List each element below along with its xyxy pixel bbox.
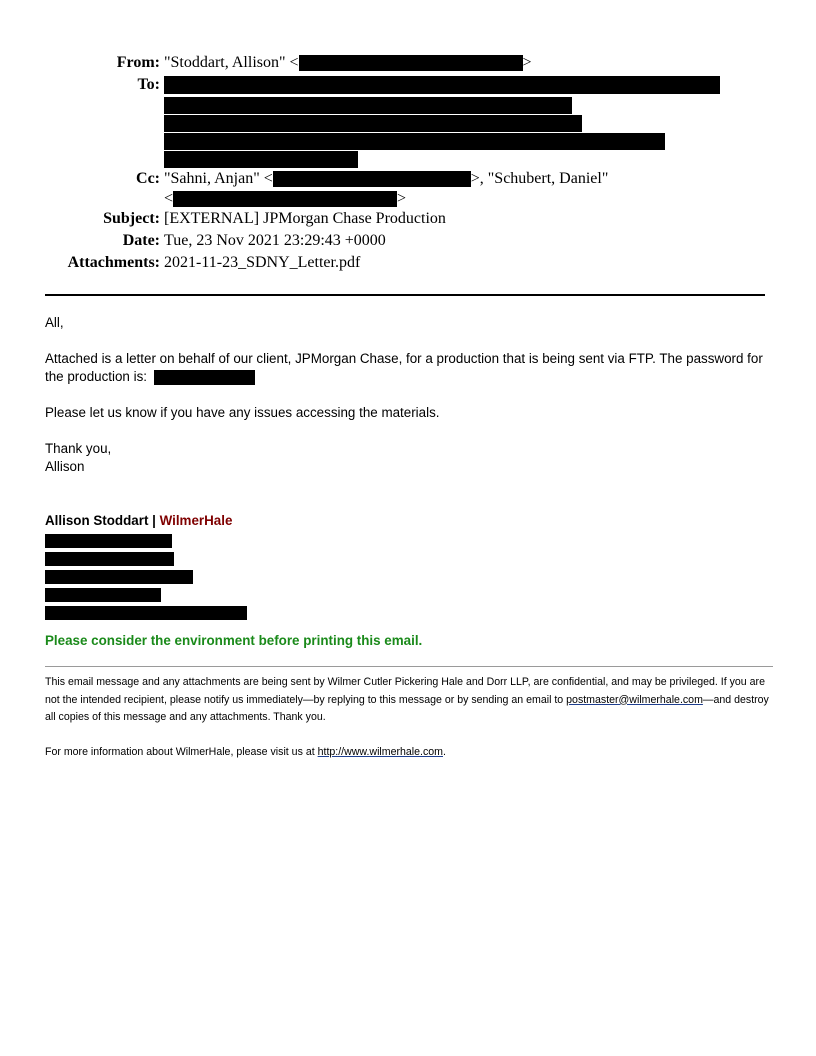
- from-row: From: "Stoddart, Allison" <>: [0, 52, 816, 74]
- redacted-signature-block: [45, 534, 775, 620]
- website-link[interactable]: http://www.wilmerhale.com: [318, 746, 443, 758]
- redacted-to-line: [164, 133, 665, 150]
- attachments-label: Attachments:: [68, 252, 160, 274]
- redacted-to-line: [164, 151, 358, 168]
- environment-note: Please consider the environment before p…: [45, 632, 775, 650]
- redacted-signature-line: [45, 606, 247, 620]
- attachments-row: Attachments: 2021-11-23_SDNY_Letter.pdf: [0, 252, 816, 274]
- closing-name: Allison: [45, 458, 775, 476]
- cc-label: Cc:: [136, 168, 160, 190]
- redacted-signature-line: [45, 570, 193, 584]
- more-info: For more information about WilmerHale, p…: [45, 744, 775, 762]
- footer-divider: [45, 666, 773, 667]
- paragraph-1-cont: the production is:: [45, 368, 775, 386]
- cc-row: Cc: "Sahni, Anjan" <>, "Schubert, Daniel…: [0, 168, 816, 190]
- date-label: Date:: [123, 230, 160, 252]
- date-value: Tue, 23 Nov 2021 23:29:43 +0000: [164, 230, 386, 252]
- email-footer: This email message and any attachments a…: [45, 674, 775, 761]
- redacted-cc-email: [273, 171, 471, 187]
- redacted-to-line: [164, 97, 572, 114]
- subject-value: [EXTERNAL] JPMorgan Chase Production: [164, 208, 446, 230]
- signature-line: Allison Stoddart | WilmerHale: [45, 512, 775, 530]
- paragraph-1: Attached is a letter on behalf of our cl…: [45, 350, 775, 368]
- confidentiality-disclaimer: This email message and any attachments a…: [45, 674, 775, 727]
- paragraph-2: Please let us know if you have any issue…: [45, 404, 775, 422]
- email-body: All, Attached is a letter on behalf of o…: [45, 314, 775, 650]
- redacted-password: [154, 370, 255, 385]
- subject-row: Subject: [EXTERNAL] JPMorgan Chase Produ…: [0, 208, 816, 230]
- postmaster-email-link[interactable]: postmaster@wilmerhale.com: [566, 694, 703, 706]
- from-name: "Stoddart, Allison": [164, 54, 286, 71]
- redacted-signature-line: [45, 534, 172, 548]
- redacted-to-line: [164, 115, 582, 132]
- to-row: To:: [0, 74, 816, 96]
- to-label: To:: [137, 74, 160, 96]
- redacted-signature-line: [45, 552, 174, 566]
- signature-name: Allison Stoddart: [45, 513, 148, 528]
- subject-label: Subject:: [103, 208, 160, 230]
- greeting: All,: [45, 314, 775, 332]
- from-value: "Stoddart, Allison" <>: [164, 52, 532, 74]
- redacted-signature-line: [45, 588, 161, 602]
- attachment-file[interactable]: 2021-11-23_SDNY_Letter.pdf: [164, 252, 360, 274]
- redacted-cc-email: [173, 191, 397, 207]
- firm-name: WilmerHale: [160, 513, 233, 528]
- header-divider: [45, 294, 765, 296]
- closing: Thank you,: [45, 440, 775, 458]
- redacted-to-line: [164, 76, 720, 94]
- from-label: From:: [117, 52, 160, 74]
- email-header: From: "Stoddart, Allison" <> To: Cc: "Sa…: [0, 52, 816, 274]
- date-row: Date: Tue, 23 Nov 2021 23:29:43 +0000: [0, 230, 816, 252]
- redacted-from-email: [299, 55, 523, 71]
